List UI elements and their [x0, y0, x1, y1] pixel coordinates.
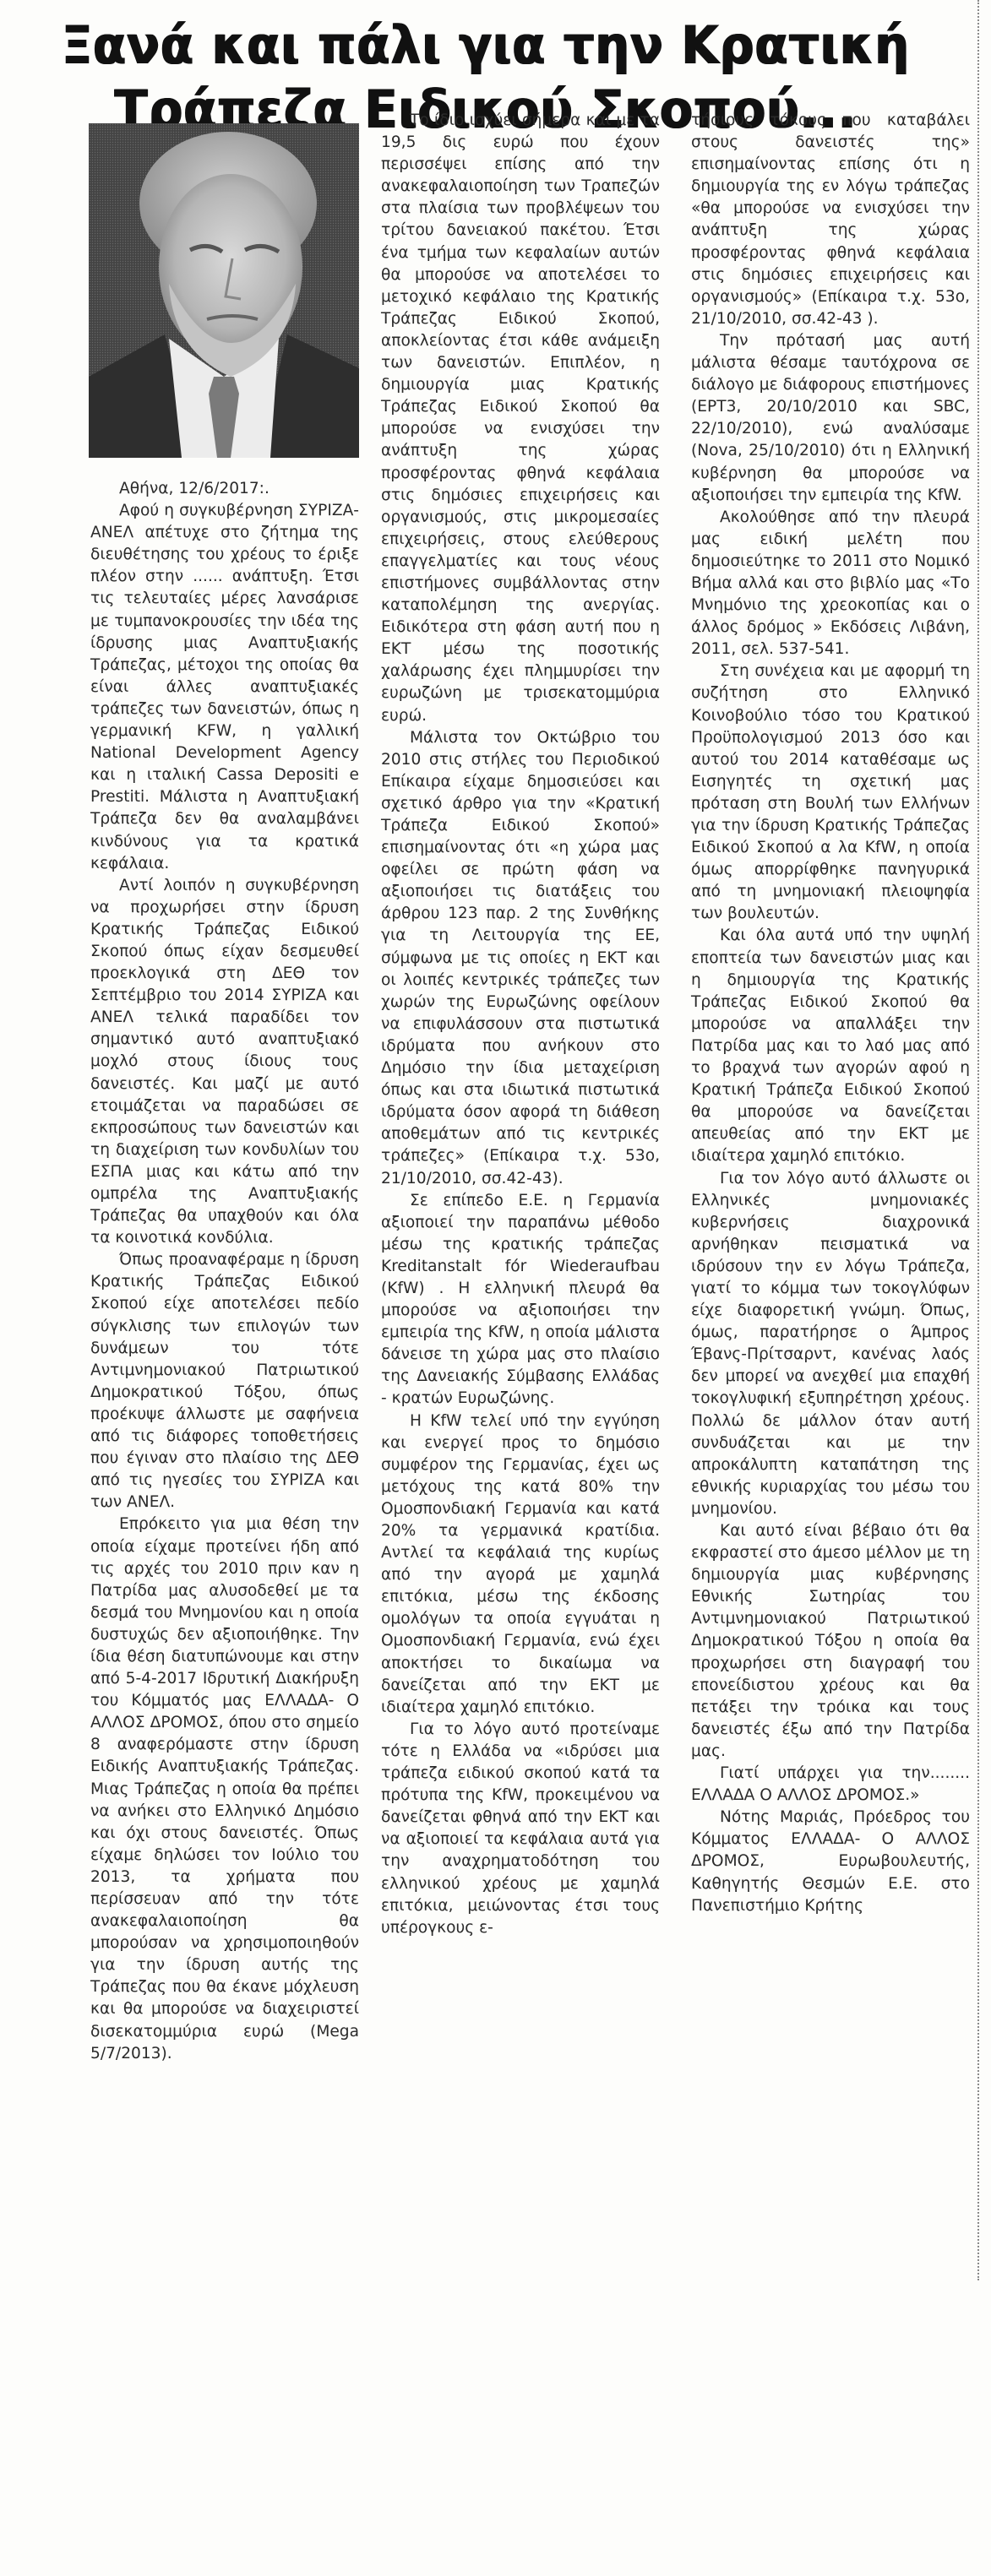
author-signature-text: Νότης Μαριάς, Πρόεδρος του Κόμματος ΕΛΛΑ…	[691, 1807, 970, 1916]
article-column-1: Αθήνα, 12/6/2017:. Αφού η συγκυβέρνηση Σ…	[90, 478, 359, 2065]
paragraph: Σε επίπεδο Ε.Ε. η Γερμανία αξιοποιεί την…	[381, 1190, 660, 1410]
article-dateline: Αθήνα, 12/6/2017:.	[90, 478, 359, 500]
paragraph: Όπως προαναφέραμε η ίδρυση Κρατικής Τράπ…	[90, 1249, 359, 1514]
paragraph: Επρόκειτο για μια θέση την οποία είχαμε …	[90, 1514, 359, 2064]
article-column-2: Το ίδιο ισχύει σήμερα και με τα 19,5 δις…	[381, 110, 660, 1939]
headline-line-1: Ξανά και πάλι για την Κρατική	[39, 18, 933, 73]
paragraph: Αφού η συγκυβέρνηση ΣΥΡΙΖΑ-ΑΝΕΛ απέτυχε …	[90, 500, 359, 875]
paragraph: Το ίδιο ισχύει σήμερα και με τα 19,5 δις…	[381, 110, 660, 727]
paragraph: Στη συνέχεια και με αφορμή τη συζήτηση σ…	[691, 660, 970, 925]
paragraph: Και όλα αυτά υπό την υψηλή εποπτεία των …	[691, 925, 970, 1167]
paragraph: Η KfW τελεί υπό την εγγύηση και ενεργεί …	[381, 1410, 660, 1719]
closing-slogan: Γιατί υπάρχει για την........ ΕΛΛΑΔΑ Ο Α…	[691, 1763, 970, 1807]
article-column-3: τήσιους τόκους που καταβάλει στους δανει…	[691, 110, 970, 1917]
author-signature: Νότης Μαριάς, Πρόεδρος του Κόμματος ΕΛΛΑ…	[691, 1807, 970, 1916]
paragraph-continued: τήσιους τόκους που καταβάλει στους δανει…	[691, 110, 970, 330]
paragraph: Την πρότασή μας αυτή μάλιστα θέσαμε ταυτ…	[691, 330, 970, 507]
paragraph: Για τον λόγο αυτό άλλωστε οι Ελληνικές μ…	[691, 1168, 970, 1521]
paragraph: Μάλιστα τον Οκτώβριο του 2010 στις στήλε…	[381, 727, 660, 1190]
paragraph: Ακολούθησε από την πλευρά μας ειδική μελ…	[691, 507, 970, 661]
author-portrait-photo	[89, 123, 359, 458]
paragraph: Για το λόγο αυτό προτείναμε τότε η Ελλάδ…	[381, 1719, 660, 1939]
column-divider-dotted-rule	[977, 0, 979, 2280]
paragraph: Αντί λοιπόν η συγκυβέρνηση να προχωρήσει…	[90, 875, 359, 1250]
portrait-photo-icon	[89, 123, 359, 458]
paragraph: Και αυτό είναι βέβαιο ότι θα εκφραστεί σ…	[691, 1520, 970, 1763]
